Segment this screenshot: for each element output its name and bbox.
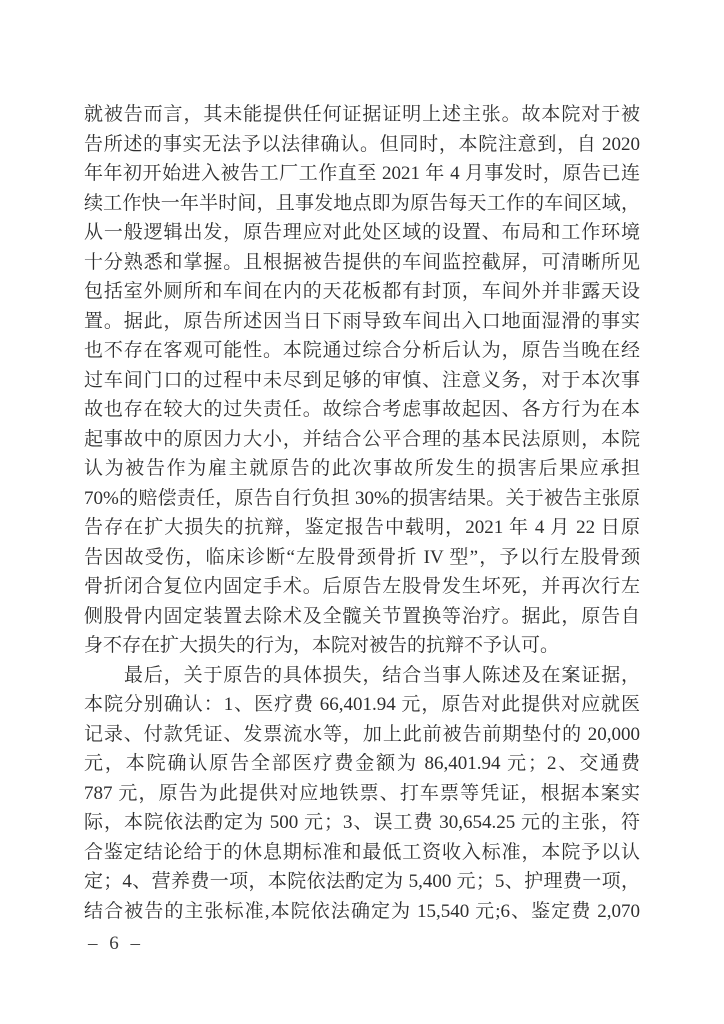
document-body: 就被告而言，其未能提供任何证据证明上述主张。故本院对于被 告所述的事实无法予以法… [84,100,640,926]
text-line: 70%的赔偿责任，原告自行负担 30%的损害结果。关于被告主张原 [84,484,640,514]
text-line: 年年初开始进入被告工厂工作直至 2021 年 4 月事发时，原告已连 [84,159,640,189]
text-line: 认为被告作为雇主就原告的此次事故所发生的损害后果应承担 [84,454,640,484]
text-line: 结合被告的主张标准,本院依法确定为 15,540 元;6、鉴定费 2,070 [84,897,640,927]
text-line: 告因故受伤，临床诊断“左股骨颈骨折 IV 型”，予以行左股骨颈 [84,543,640,573]
text-line: 合鉴定结论给于的休息期标准和最低工资收入标准，本院予以认 [84,838,640,868]
text-line: 告所述的事实无法予以法律确认。但同时，本院注意到，自 2020 [84,130,640,160]
text-line: 就被告而言，其未能提供任何证据证明上述主张。故本院对于被 [84,100,640,130]
text-line: 起事故中的原因力大小，并结合公平合理的基本民法原则，本院 [84,425,640,455]
text-line: 从一般逻辑出发，原告理应对此处区域的设置、布局和工作环境 [84,218,640,248]
text-line: 际，本院依法酌定为 500 元；3、误工费 30,654.25 元的主张，符 [84,808,640,838]
text-line: 置。据此，原告所述因当日下雨导致车间出入口地面湿滑的事实 [84,307,640,337]
text-line: 包括室外厕所和车间在内的天花板都有封顶，车间外并非露天设 [84,277,640,307]
text-line: 787 元，原告为此提供对应地铁票、打车票等凭证，根据本案实 [84,779,640,809]
page-number: – 6 – [88,933,141,955]
text-line: 续工作快一年半时间，且事发地点即为原告每天工作的车间区域， [84,189,640,219]
text-line: 记录、付款凭证、发票流水等，加上此前被告前期垫付的 20,000 [84,720,640,750]
text-line: 最后，关于原告的具体损失，结合当事人陈述及在案证据， [84,661,640,691]
text-line: 十分熟悉和掌握。且根据被告提供的车间监控截屏，可清晰所见 [84,248,640,278]
text-line: 身不存在扩大损失的行为，本院对被告的抗辩不予认可。 [84,631,640,661]
text-line: 本院分别确认：1、医疗费 66,401.94 元，原告对此提供对应就医 [84,690,640,720]
text-line: 告存在扩大损失的抗辩，鉴定报告中载明，2021 年 4 月 22 日原 [84,513,640,543]
document-page: 就被告而言，其未能提供任何证据证明上述主张。故本院对于被 告所述的事实无法予以法… [0,0,724,1024]
text-line: 故也存在较大的过失责任。故综合考虑事故起因、各方行为在本 [84,395,640,425]
text-line: 也不存在客观可能性。本院通过综合分析后认为，原告当晚在经 [84,336,640,366]
text-line: 侧股骨内固定装置去除术及全髋关节置换等治疗。据此，原告自 [84,602,640,632]
text-line: 定；4、营养费一项，本院依法酌定为 5,400 元；5、护理费一项， [84,867,640,897]
text-line: 过车间门口的过程中未尽到足够的审慎、注意义务，对于本次事 [84,366,640,396]
text-line: 骨折闭合复位内固定手术。后原告左股骨发生坏死，并再次行左 [84,572,640,602]
text-line: 元，本院确认原告全部医疗费金额为 86,401.94 元；2、交通费 [84,749,640,779]
